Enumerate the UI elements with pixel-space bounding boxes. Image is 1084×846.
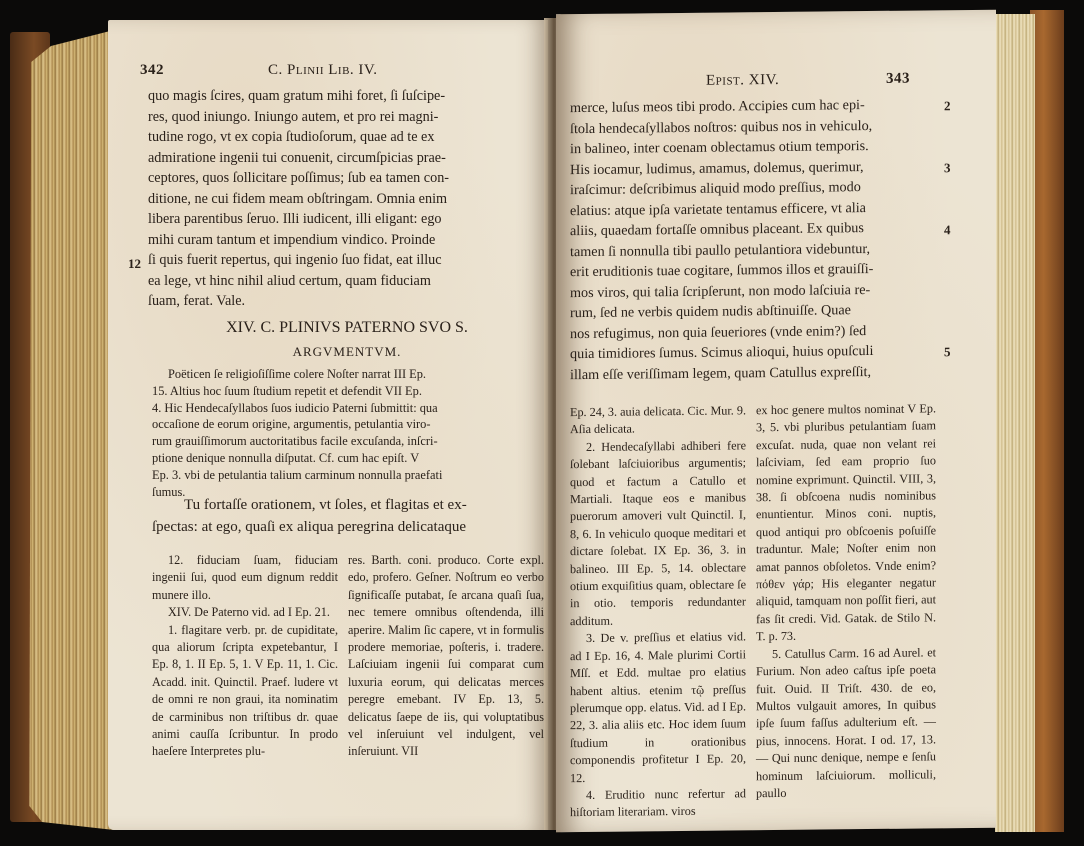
text-line: 15. Altius hoc ſuum ſtudium repetit et d…: [152, 383, 544, 400]
footnote-column-1: Ep. 24, 3. auia delicata. Cic. Mur. 9. A…: [570, 402, 746, 822]
text-line: rum grauiſſimorum auctoritatibus facile …: [152, 433, 544, 450]
text-line: ceptores, quos ſollicitare poſſimus; ſub…: [148, 168, 546, 189]
right-page: Epist. XIV. 343 merce, luſus meos tibi p…: [556, 10, 996, 833]
footnote-column-1: 12. fiduciam ſuam, fiduciam ingenii ſui,…: [152, 552, 338, 761]
letter-title: XIV. C. PLINIVS PATERNO SVO S.: [148, 318, 546, 339]
footnote: 12. fiduciam ſuam, fiduciam ingenii ſui,…: [152, 552, 338, 604]
text-line: Ep. 3. vbi de petulantia talium carminum…: [152, 467, 544, 484]
argument-text: Poëticen ſe religioſiſſime colere Noſter…: [152, 366, 544, 500]
text-line: occaſione de eorum origine, argumentis, …: [152, 416, 544, 433]
text-line: ditione, ne cui fidem meam obſtringam. O…: [148, 189, 546, 210]
book-cover-right: [1030, 10, 1064, 832]
margin-number: 2: [944, 98, 951, 114]
argument-heading: ARGVMENTVM.: [148, 342, 546, 363]
footnote: 3. De v. preſſius et elatius vid. ad I E…: [570, 629, 746, 787]
margin-number: 3: [944, 160, 951, 176]
text-line: ptione denique nonnulla diſputat. Cf. cu…: [152, 450, 544, 467]
margin-number: 12: [128, 256, 141, 272]
footnote-column-2: ex hoc genere multos nominat V Ep. 3, 5.…: [756, 400, 936, 802]
text-line: illam eſſe veriſſimam legem, quam Catull…: [570, 361, 932, 385]
letter-opening: Tu fortaſſe orationem, vt ſoles, et flag…: [152, 494, 544, 538]
page-number-left: 342: [140, 62, 164, 79]
footnote: 1. flagitare verb. pr. de cupiditate, qu…: [152, 622, 338, 761]
page-edges-left: [24, 30, 114, 830]
text-line: mihi curam tantum et impendium vindico. …: [148, 230, 546, 251]
text-line: ea lege, vt hinc nihil aliud certum, qua…: [148, 271, 546, 292]
text-line: libera parentibus ſeruo. Illi iudicent, …: [148, 209, 546, 230]
margin-number: 5: [944, 344, 951, 360]
footnotes-left: 12. fiduciam ſuam, fiduciam ingenii ſui,…: [152, 552, 544, 792]
footnote: res. Barth. coni. produco. Corte expl. e…: [348, 552, 544, 761]
footnote: Ep. 24, 3. auia delicata. Cic. Mur. 9. A…: [570, 402, 746, 439]
footnotes-right: Ep. 24, 3. auia delicata. Cic. Mur. 9. A…: [570, 400, 936, 784]
footnote: ex hoc genere multos nominat V Ep. 3, 5.…: [756, 400, 936, 646]
text-line: Tu fortaſſe orationem, vt ſoles, et flag…: [152, 494, 544, 516]
text-line: quo magis ſcires, quam gratum mihi foret…: [148, 86, 546, 107]
text-line: ſi quis fuerit repertus, qui ingenio ſuo…: [148, 250, 546, 271]
text-line: Poëticen ſe religioſiſſime colere Noſter…: [152, 366, 544, 383]
text-line: ſuam, ferat. Vale.: [148, 291, 546, 312]
running-head-left: C. Plinii Lib. IV.: [268, 62, 378, 79]
text-line: admiratione ingenii tui conuenit, circum…: [148, 148, 546, 169]
left-page: 342 C. Plinii Lib. IV. quo magis ſcires,…: [108, 20, 548, 830]
page-edges-right: [995, 14, 1035, 832]
footnote: XIV. De Paterno vid. ad I Ep. 21.: [152, 604, 338, 621]
footnote: 5. Catullus Carm. 16 ad Aurel. et Furium…: [756, 644, 936, 803]
running-head-right: Epist. XIV.: [706, 72, 779, 90]
text-line: res, quod iniungo. Iniungo autem, et pro…: [148, 107, 546, 128]
page-number-right: 343: [886, 71, 910, 88]
margin-number: 4: [944, 222, 951, 238]
footnote: 4. Eruditio nunc refertur ad hiſtoriam l…: [570, 785, 746, 822]
footnote-column-2: res. Barth. coni. produco. Corte expl. e…: [348, 552, 544, 761]
text-line: 4. Hic Hendecaſyllabos ſuos iudicio Pate…: [152, 400, 544, 417]
left-body-text: quo magis ſcires, quam gratum mihi foret…: [148, 86, 546, 312]
right-body-text: merce, luſus meos tibi prodo. Accipies c…: [570, 94, 932, 385]
text-line: tudine rogo, vt ex copia ſtudioſorum, qu…: [148, 127, 546, 148]
text-line: ſpectas: at ego, quaſi ex aliqua peregri…: [152, 516, 544, 538]
footnote: 2. Hendecaſyllabi adhiberi fere ſolebant…: [570, 437, 746, 630]
